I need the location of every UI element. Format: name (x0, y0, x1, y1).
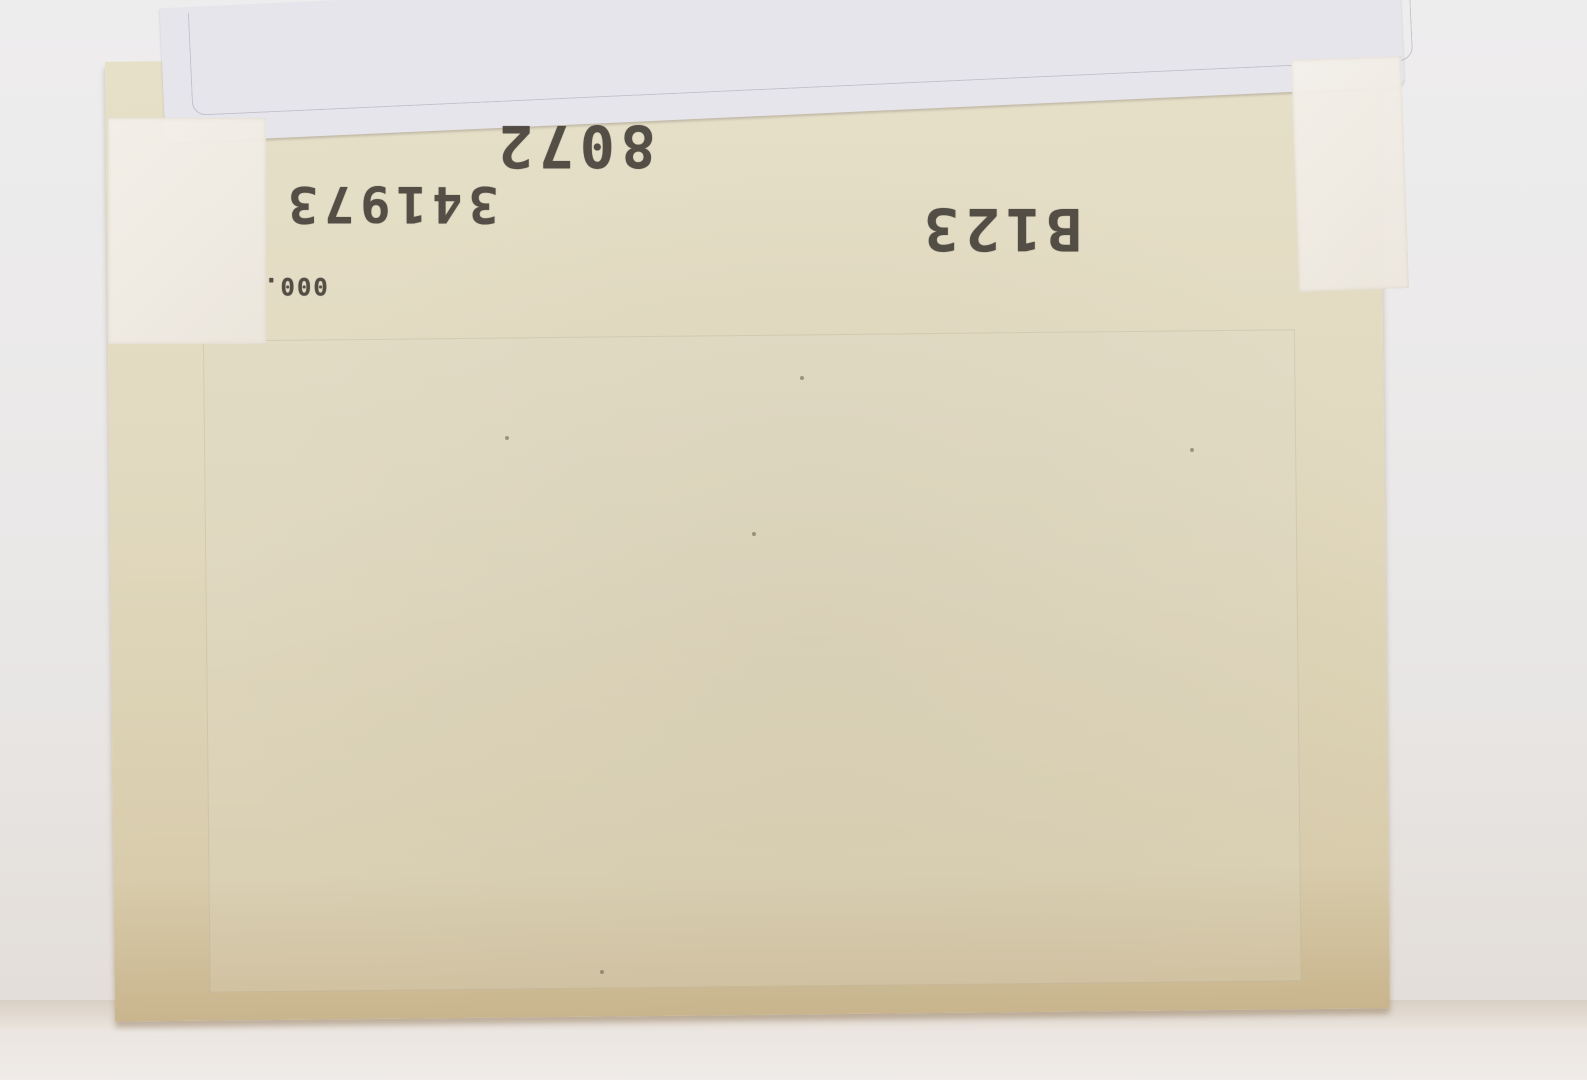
tape-strip-right (1291, 56, 1409, 292)
pencil-annotation-top: 8072 (492, 112, 656, 180)
tape-strip-left (108, 118, 266, 344)
paper-inner-panel (203, 329, 1302, 992)
pencil-annotation-code: B123 (918, 195, 1082, 263)
paper-speck (752, 532, 756, 536)
pencil-annotation-number: 341973 (282, 175, 499, 233)
pencil-annotation-partial: 000. (262, 272, 328, 300)
paper-speck (1190, 448, 1194, 452)
paper-speck (505, 436, 509, 440)
paper-speck (800, 376, 804, 380)
paper-speck (600, 970, 604, 974)
